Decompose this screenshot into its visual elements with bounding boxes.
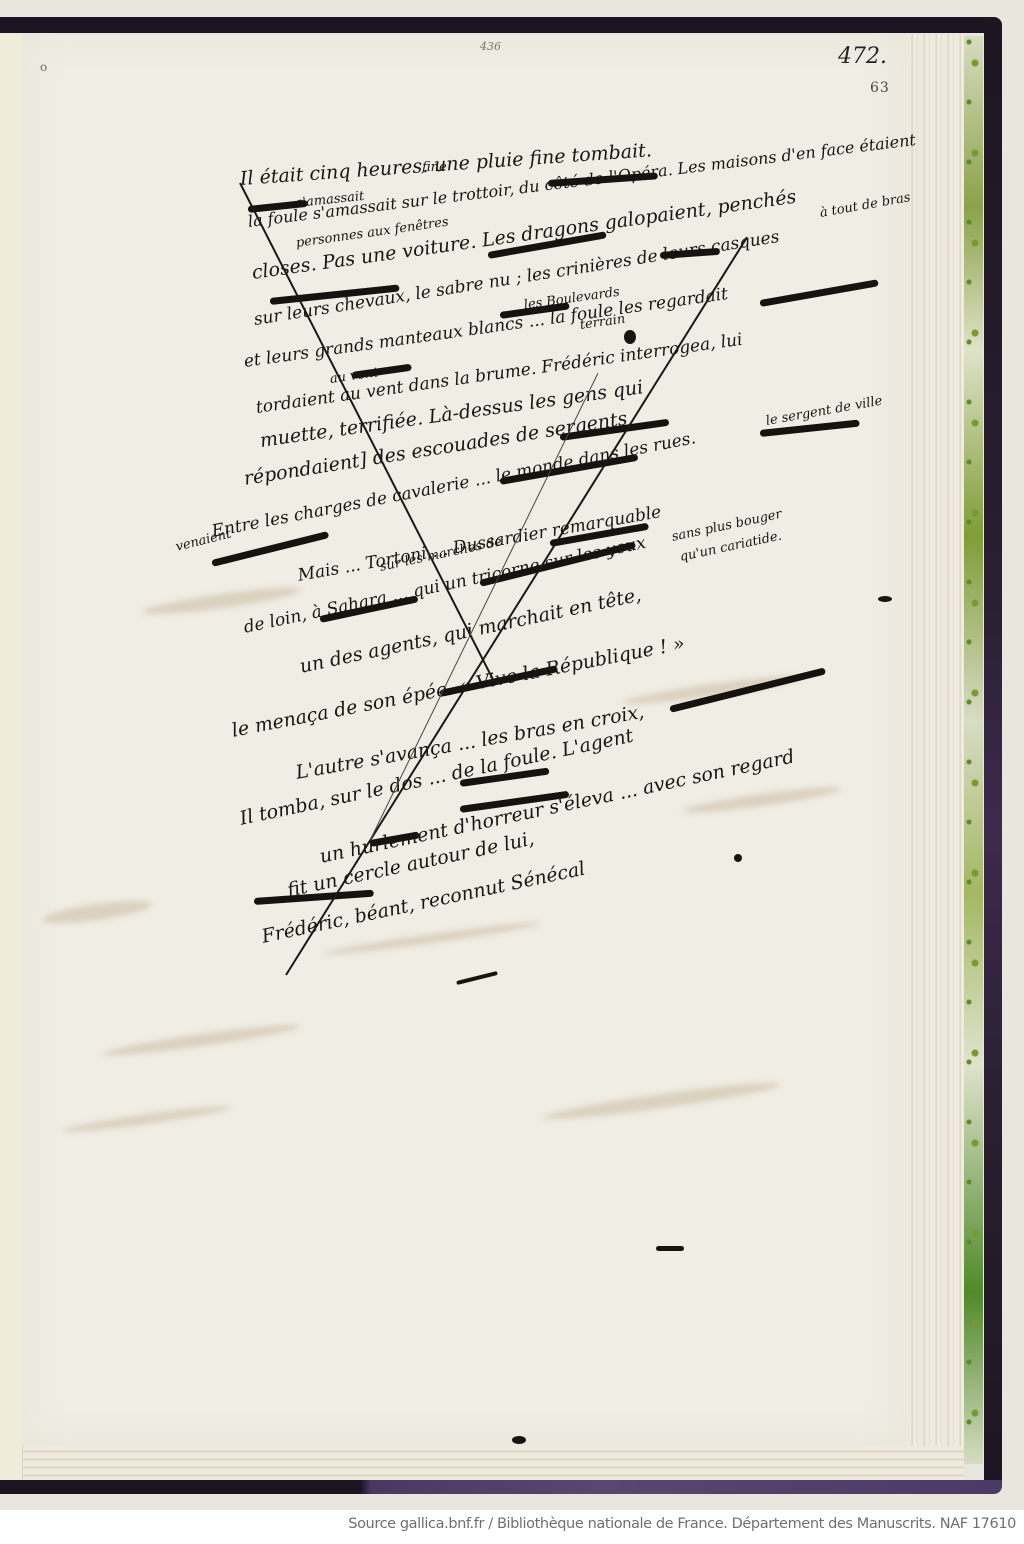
ink-blot (512, 1436, 526, 1444)
page-stack-right (906, 34, 964, 1458)
interlinear-note: fine (422, 160, 447, 175)
book-cover-bottom-edge (0, 1480, 1002, 1494)
ink-folio-number: 472. (838, 44, 887, 69)
ink-blot (624, 330, 636, 344)
marbled-endpaper-edge (963, 36, 983, 1464)
source-attribution: Source gallica.bnf.fr / Bibliothèque nat… (348, 1516, 1016, 1532)
ink-blot (734, 854, 742, 862)
pencil-folio-number: 436 (480, 40, 501, 53)
ink-blot (878, 596, 892, 602)
pencil-margin-mark: o (40, 60, 47, 74)
book-cover-right-edge (984, 17, 1002, 1489)
book-cover-top-edge (0, 17, 1000, 33)
ink-blot (656, 1246, 684, 1251)
scan-background: o 436 472. 63 Il était cinq heures. une … (0, 0, 1024, 1510)
facing-page-edge (0, 34, 23, 1480)
stamped-folio-number: 63 (870, 80, 890, 96)
page-stack-bottom (20, 1446, 964, 1480)
